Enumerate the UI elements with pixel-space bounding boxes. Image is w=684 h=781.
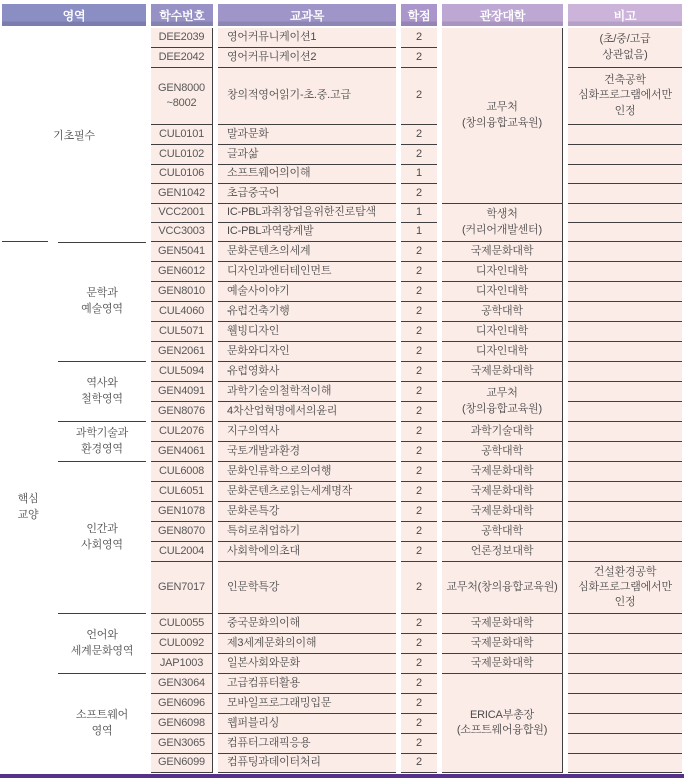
- credit-cell: 2: [401, 322, 437, 342]
- course-name-cell: 초급중국어: [218, 184, 396, 204]
- course-no-cell: DEE2042: [151, 48, 213, 68]
- note-cell: [568, 502, 682, 522]
- course-name-cell: 일본사회와문화: [218, 654, 396, 674]
- note-cell: [568, 342, 682, 362]
- credit-cell: 2: [401, 145, 437, 165]
- course-no-cell: CUL5071: [151, 322, 213, 342]
- college-cell: 공학대학: [442, 522, 563, 542]
- note-cell: [568, 302, 682, 322]
- college-cell: 디자인대학: [442, 342, 563, 362]
- note-cell: [568, 462, 682, 482]
- area-column: 기초필수핵심 교양문학과 예술영역역사와 철학영역과학기술과 환경영역인간과 사…: [2, 28, 146, 773]
- course-name-cell: 문화론특강: [218, 502, 396, 522]
- note-cell: [568, 694, 682, 714]
- course-no-cell: DEE2039: [151, 28, 213, 48]
- course-no-cell: GEN4061: [151, 442, 213, 462]
- credit-cell: 2: [401, 734, 437, 754]
- course-name-cell: 컴퓨팅과데이터처리: [218, 754, 396, 773]
- course-name-cell: 모바일프로그래밍입문: [218, 694, 396, 714]
- header-course-no: 학수번호: [151, 4, 213, 26]
- note-cell: [568, 522, 682, 542]
- course-no-cell: CUL4060: [151, 302, 213, 322]
- credit-cell: 2: [401, 242, 437, 262]
- course-name-cell: 창의적영어읽기-초.중.고급: [218, 68, 396, 125]
- course-no-cell: GEN7017: [151, 562, 213, 614]
- college-cell: 과학기술대학: [442, 422, 563, 442]
- course-no-cell: GEN8070: [151, 522, 213, 542]
- header-course-name: 교과목: [218, 4, 396, 26]
- college-cell: 국제문화대학: [442, 482, 563, 502]
- credit-cell: 2: [401, 614, 437, 634]
- subarea-cell: 소프트웨어 영역: [58, 674, 146, 773]
- course-name-cell: 4차산업혁명에서의윤리: [218, 402, 396, 422]
- course-name-cell: 지구의역사: [218, 422, 396, 442]
- college-cell: 교무처 (창의융합교육원): [442, 28, 563, 204]
- credit-cell: 2: [401, 262, 437, 282]
- credit-cell: 2: [401, 482, 437, 502]
- note-cell: [568, 422, 682, 442]
- college-cell: 국제문화대학: [442, 634, 563, 654]
- college-cell: 국제문화대학: [442, 502, 563, 522]
- subarea-list: 문학과 예술영역역사와 철학영역과학기술과 환경영역인간과 사회영역언어와 세계…: [58, 242, 146, 773]
- area-divider-segment: [2, 241, 48, 242]
- note-cell: [568, 482, 682, 502]
- course-no-cell: CUL0102: [151, 145, 213, 165]
- course-name-cell: 웰빙디자인: [218, 322, 396, 342]
- college-cell: 디자인대학: [442, 322, 563, 342]
- credit-cell: 2: [401, 302, 437, 322]
- course-name-cell: 인문학특강: [218, 562, 396, 614]
- credit-cell: 2: [401, 542, 437, 562]
- header-college: 관장대학: [442, 4, 563, 26]
- note-cell: [568, 674, 682, 694]
- subarea-cell: 인간과 사회영역: [58, 462, 146, 614]
- course-name-cell: 국토개발과환경: [218, 442, 396, 462]
- course-name-cell: 유럽영화사: [218, 362, 396, 382]
- credit-column: 2222212112222222222222222222222222: [401, 28, 437, 773]
- note-cell: [568, 402, 682, 422]
- subarea-cell: 과학기술과 환경영역: [58, 422, 146, 462]
- course-name-cell: 예술사이야기: [218, 282, 396, 302]
- college-cell: 교무처(창의융합교육원): [442, 562, 563, 614]
- course-no-cell: CUL0101: [151, 125, 213, 145]
- area-basic-cell: 기초필수: [2, 28, 146, 242]
- course-name-cell: 문화와디자인: [218, 342, 396, 362]
- note-cell: [568, 654, 682, 674]
- note-cell: [568, 634, 682, 654]
- credit-cell: 2: [401, 362, 437, 382]
- course-name-cell: 특허로취업하기: [218, 522, 396, 542]
- course-no-column: DEE2039DEE2042GEN8000 ~8002CUL0101CUL010…: [151, 28, 213, 773]
- college-cell: 공학대학: [442, 442, 563, 462]
- college-cell: 국제문화대학: [442, 654, 563, 674]
- college-cell: ERICA부총장 (소프트웨어융합원): [442, 674, 563, 773]
- course-name-cell: 웹퍼블리싱: [218, 714, 396, 734]
- note-cell: [568, 382, 682, 402]
- course-no-cell: GEN2061: [151, 342, 213, 362]
- subarea-cell: 언어와 세계문화영역: [58, 614, 146, 674]
- note-cell: [568, 734, 682, 754]
- credit-cell: 2: [401, 402, 437, 422]
- credit-cell: 2: [401, 754, 437, 773]
- note-cell: [568, 242, 682, 262]
- note-cell: [568, 204, 682, 223]
- credit-cell: 2: [401, 634, 437, 654]
- course-no-cell: CUL2076: [151, 422, 213, 442]
- course-table: 영역 학수번호 교과목 학점 관장대학 비고 기초필수핵심 교양문학과 예술영역…: [0, 0, 684, 781]
- credit-cell: 2: [401, 28, 437, 48]
- course-no-cell: GEN5041: [151, 242, 213, 262]
- course-name-cell: 사회학에의초대: [218, 542, 396, 562]
- note-cell: (초/중/고급 상관없음): [568, 28, 682, 68]
- course-no-cell: GEN6012: [151, 262, 213, 282]
- course-name-cell: 유럽건축기행: [218, 302, 396, 322]
- credit-cell: 2: [401, 68, 437, 125]
- course-no-cell: CUL0092: [151, 634, 213, 654]
- note-cell: [568, 223, 682, 242]
- note-cell: [568, 714, 682, 734]
- header-area: 영역: [2, 4, 146, 26]
- note-cell: [568, 184, 682, 204]
- course-no-cell: GEN3064: [151, 674, 213, 694]
- course-no-cell: VCC3003: [151, 223, 213, 242]
- credit-cell: 2: [401, 694, 437, 714]
- college-cell: 국제문화대학: [442, 242, 563, 262]
- credit-cell: 2: [401, 342, 437, 362]
- note-column: (초/중/고급 상관없음)건축공학 심화프로그램에서만 인정건설환경공학 심화프…: [568, 28, 682, 773]
- course-no-cell: CUL0055: [151, 614, 213, 634]
- college-cell: 공학대학: [442, 302, 563, 322]
- note-cell: [568, 614, 682, 634]
- course-name-cell: 영어커뮤니케이션1: [218, 28, 396, 48]
- subarea-cell: 역사와 철학영역: [58, 362, 146, 422]
- course-no-cell: GEN8000 ~8002: [151, 68, 213, 125]
- course-no-cell: CUL0106: [151, 165, 213, 184]
- credit-cell: 2: [401, 654, 437, 674]
- course-no-cell: GEN4091: [151, 382, 213, 402]
- course-no-cell: GEN8010: [151, 282, 213, 302]
- course-no-cell: GEN1078: [151, 502, 213, 522]
- credit-cell: 2: [401, 522, 437, 542]
- note-cell: [568, 125, 682, 145]
- header-credit: 학점: [401, 4, 437, 26]
- course-name-cell: 문화콘텐츠로읽는세계명작: [218, 482, 396, 502]
- course-no-cell: GEN3065: [151, 734, 213, 754]
- credit-cell: 1: [401, 204, 437, 223]
- credit-cell: 2: [401, 48, 437, 68]
- course-name-cell: 고급컴퓨터활용: [218, 674, 396, 694]
- course-name-cell: 문화인류학으로의여행: [218, 462, 396, 482]
- college-cell: 디자인대학: [442, 282, 563, 302]
- college-column: 교무처 (창의융합교육원)학생처 (커리어개발센터)국제문화대학디자인대학디자인…: [442, 28, 563, 773]
- credit-cell: 2: [401, 422, 437, 442]
- area-core-section: 핵심 교양문학과 예술영역역사와 철학영역과학기술과 환경영역인간과 사회영역언…: [2, 242, 146, 773]
- note-cell: [568, 442, 682, 462]
- note-cell: [568, 754, 682, 773]
- note-cell: 건설환경공학 심화프로그램에서만 인정: [568, 562, 682, 614]
- credit-cell: 1: [401, 165, 437, 184]
- course-name-cell: 글과삶: [218, 145, 396, 165]
- college-cell: 디자인대학: [442, 262, 563, 282]
- college-cell: 언론정보대학: [442, 542, 563, 562]
- note-cell: [568, 322, 682, 342]
- course-name-cell: 과학기술의철학적이해: [218, 382, 396, 402]
- college-cell: 국제문화대학: [442, 614, 563, 634]
- college-cell: 교무처 (창의융합교육원): [442, 382, 563, 422]
- note-cell: [568, 145, 682, 165]
- college-cell: 학생처 (커리어개발센터): [442, 204, 563, 242]
- course-no-cell: GEN6098: [151, 714, 213, 734]
- credit-cell: 2: [401, 462, 437, 482]
- college-cell: 국제문화대학: [442, 362, 563, 382]
- credit-cell: 2: [401, 714, 437, 734]
- course-no-cell: JAP1003: [151, 654, 213, 674]
- note-cell: [568, 165, 682, 184]
- course-name-cell: 컴퓨터그래픽응용: [218, 734, 396, 754]
- note-cell: [568, 262, 682, 282]
- credit-cell: 2: [401, 502, 437, 522]
- credit-cell: 2: [401, 125, 437, 145]
- course-no-cell: VCC2001: [151, 204, 213, 223]
- course-no-cell: CUL6051: [151, 482, 213, 502]
- course-name-cell: 소프트웨어의이해: [218, 165, 396, 184]
- course-name-cell: 문화콘텐츠의세계: [218, 242, 396, 262]
- subarea-cell: 문학과 예술영역: [58, 242, 146, 362]
- course-no-cell: GEN1042: [151, 184, 213, 204]
- note-cell: [568, 282, 682, 302]
- course-name-cell: 말과문화: [218, 125, 396, 145]
- note-cell: 건축공학 심화프로그램에서만 인정: [568, 68, 682, 125]
- header-note: 비고: [568, 4, 682, 26]
- course-name-column: 영어커뮤니케이션1영어커뮤니케이션2창의적영어읽기-초.중.고급말과문화글과삶소…: [218, 28, 396, 773]
- note-cell: [568, 542, 682, 562]
- course-no-cell: GEN8076: [151, 402, 213, 422]
- course-no-cell: CUL2004: [151, 542, 213, 562]
- course-name-cell: 디자인과엔터테인먼트: [218, 262, 396, 282]
- area-core-cell: 핵심 교양: [2, 242, 54, 773]
- course-name-cell: 제3세계문화의이해: [218, 634, 396, 654]
- credit-cell: 2: [401, 674, 437, 694]
- course-name-cell: 중국문화의이해: [218, 614, 396, 634]
- course-name-cell: 영어커뮤니케이션2: [218, 48, 396, 68]
- course-no-cell: CUL5094: [151, 362, 213, 382]
- credit-cell: 2: [401, 282, 437, 302]
- credit-cell: 2: [401, 562, 437, 614]
- note-cell: [568, 362, 682, 382]
- course-name-cell: IC-PBL과취창업을위한진로탐색: [218, 204, 396, 223]
- course-no-cell: GEN6099: [151, 754, 213, 773]
- credit-cell: 1: [401, 223, 437, 242]
- course-no-cell: GEN6096: [151, 694, 213, 714]
- course-name-cell: IC-PBL과역량계발: [218, 223, 396, 242]
- credit-cell: 2: [401, 184, 437, 204]
- credit-cell: 2: [401, 382, 437, 402]
- course-no-cell: CUL6008: [151, 462, 213, 482]
- credit-cell: 2: [401, 442, 437, 462]
- bottom-accent-bar: [0, 774, 684, 778]
- college-cell: 국제문화대학: [442, 462, 563, 482]
